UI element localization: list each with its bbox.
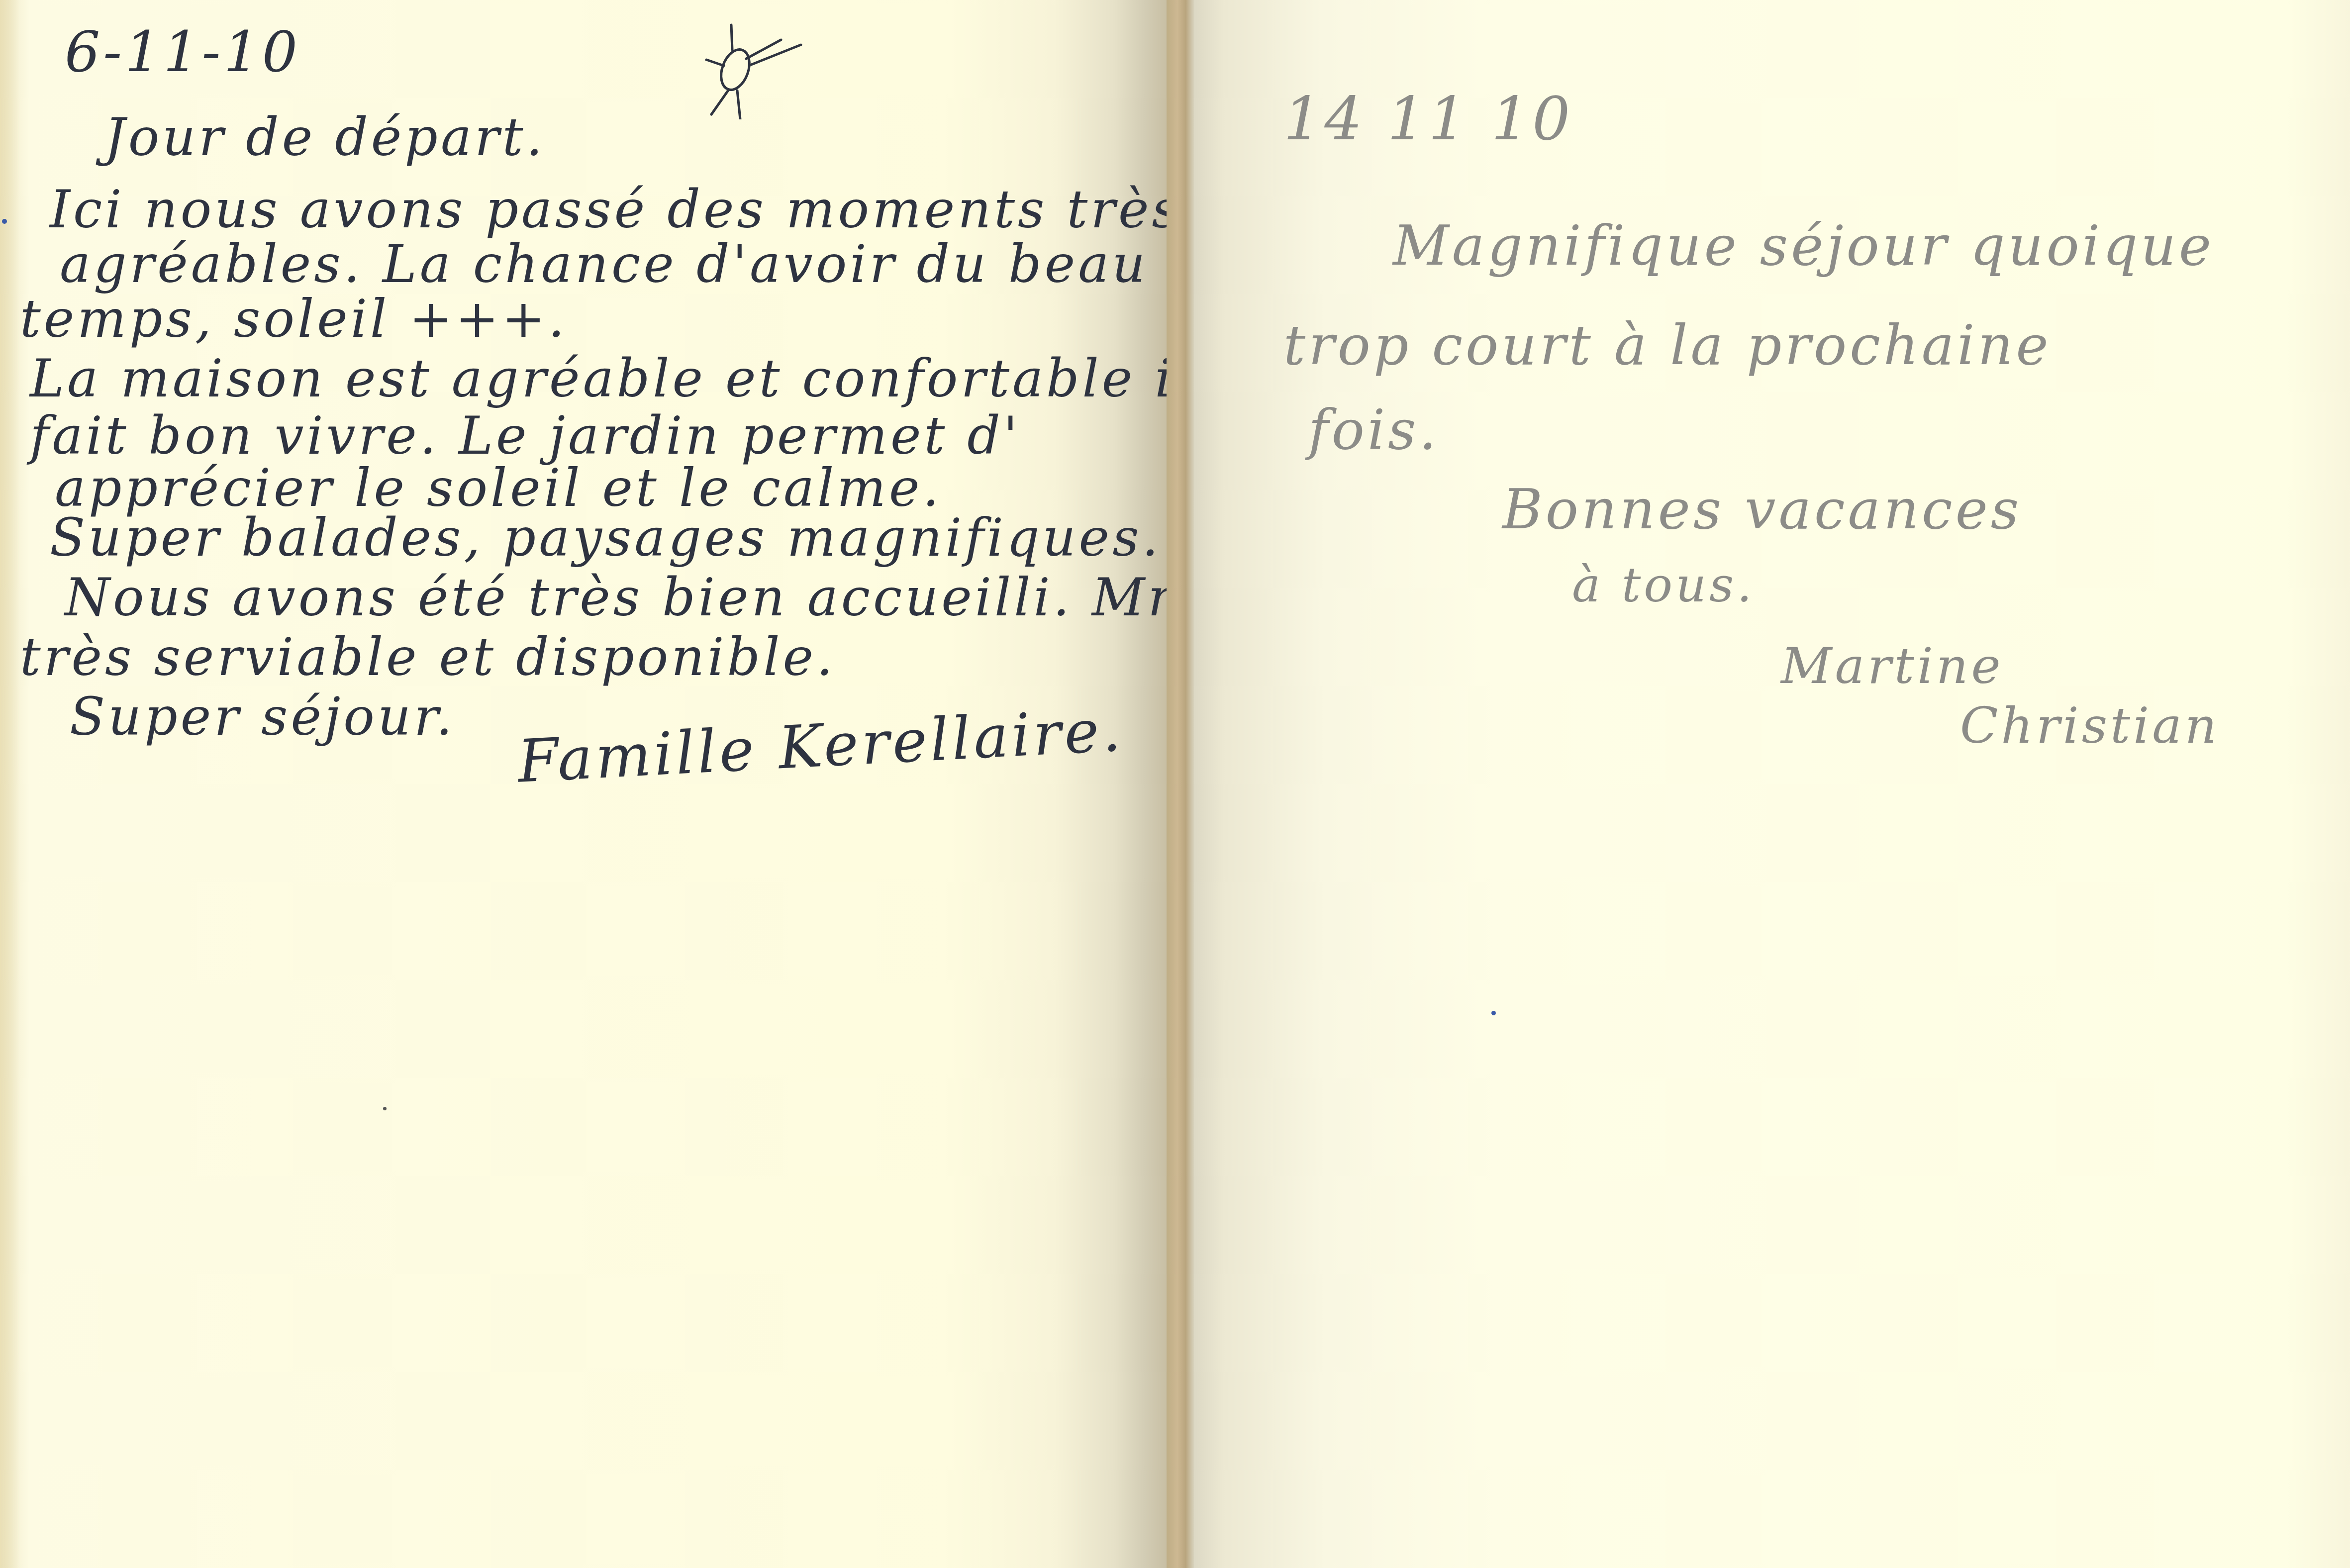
ink-mark [2,219,7,224]
entry-date: 14 11 10 [1283,85,1573,154]
entry-line: La maison est agréable et confortable il… [30,348,1167,409]
closing-line: à tous. [1572,557,1755,613]
ink-mark [1491,1011,1496,1015]
sun-doodle-icon [677,20,806,119]
entry-line: Super balades, paysages magnifiques. [50,507,1162,568]
entry-line: Super séjour. [70,686,455,747]
right-page: 14 11 10 Magnifique séjour quoique trop … [1194,0,2350,1568]
entry-line: très serviable et disponible. [20,627,836,687]
ink-mark [383,1107,387,1110]
signature: Famille Kerellaire. [516,695,1125,796]
entry-line: Magnifique séjour quoique [1393,214,2214,278]
entry-title: Jour de départ. [104,107,546,168]
entry-line: Ici nous avons passé des moments très [50,179,1167,240]
left-page: 6-11-10 Jour de départ. Ici nous avons p… [0,0,1167,1568]
guestbook-spread: 6-11-10 Jour de départ. Ici nous avons p… [0,0,2350,1568]
entry-line: temps, soleil +++. [20,289,568,349]
entry-date: 6-11-10 [65,20,300,85]
entry-line: Nous avons été très bien accueilli. Mr K… [65,567,1167,628]
closing-line: Bonnes vacances [1502,478,2022,541]
signature: Martine [1781,637,2004,695]
entry-line: trop court à la prochaine [1283,313,2051,377]
entry-line: agréables. La chance d'avoir du beau [60,234,1148,294]
book-spine [1167,0,1194,1568]
entry-line: fait bon vivre. Le jardin permet d' [30,405,1021,466]
signature: Christian [1960,696,2220,755]
entry-line: fois. [1308,398,1440,462]
